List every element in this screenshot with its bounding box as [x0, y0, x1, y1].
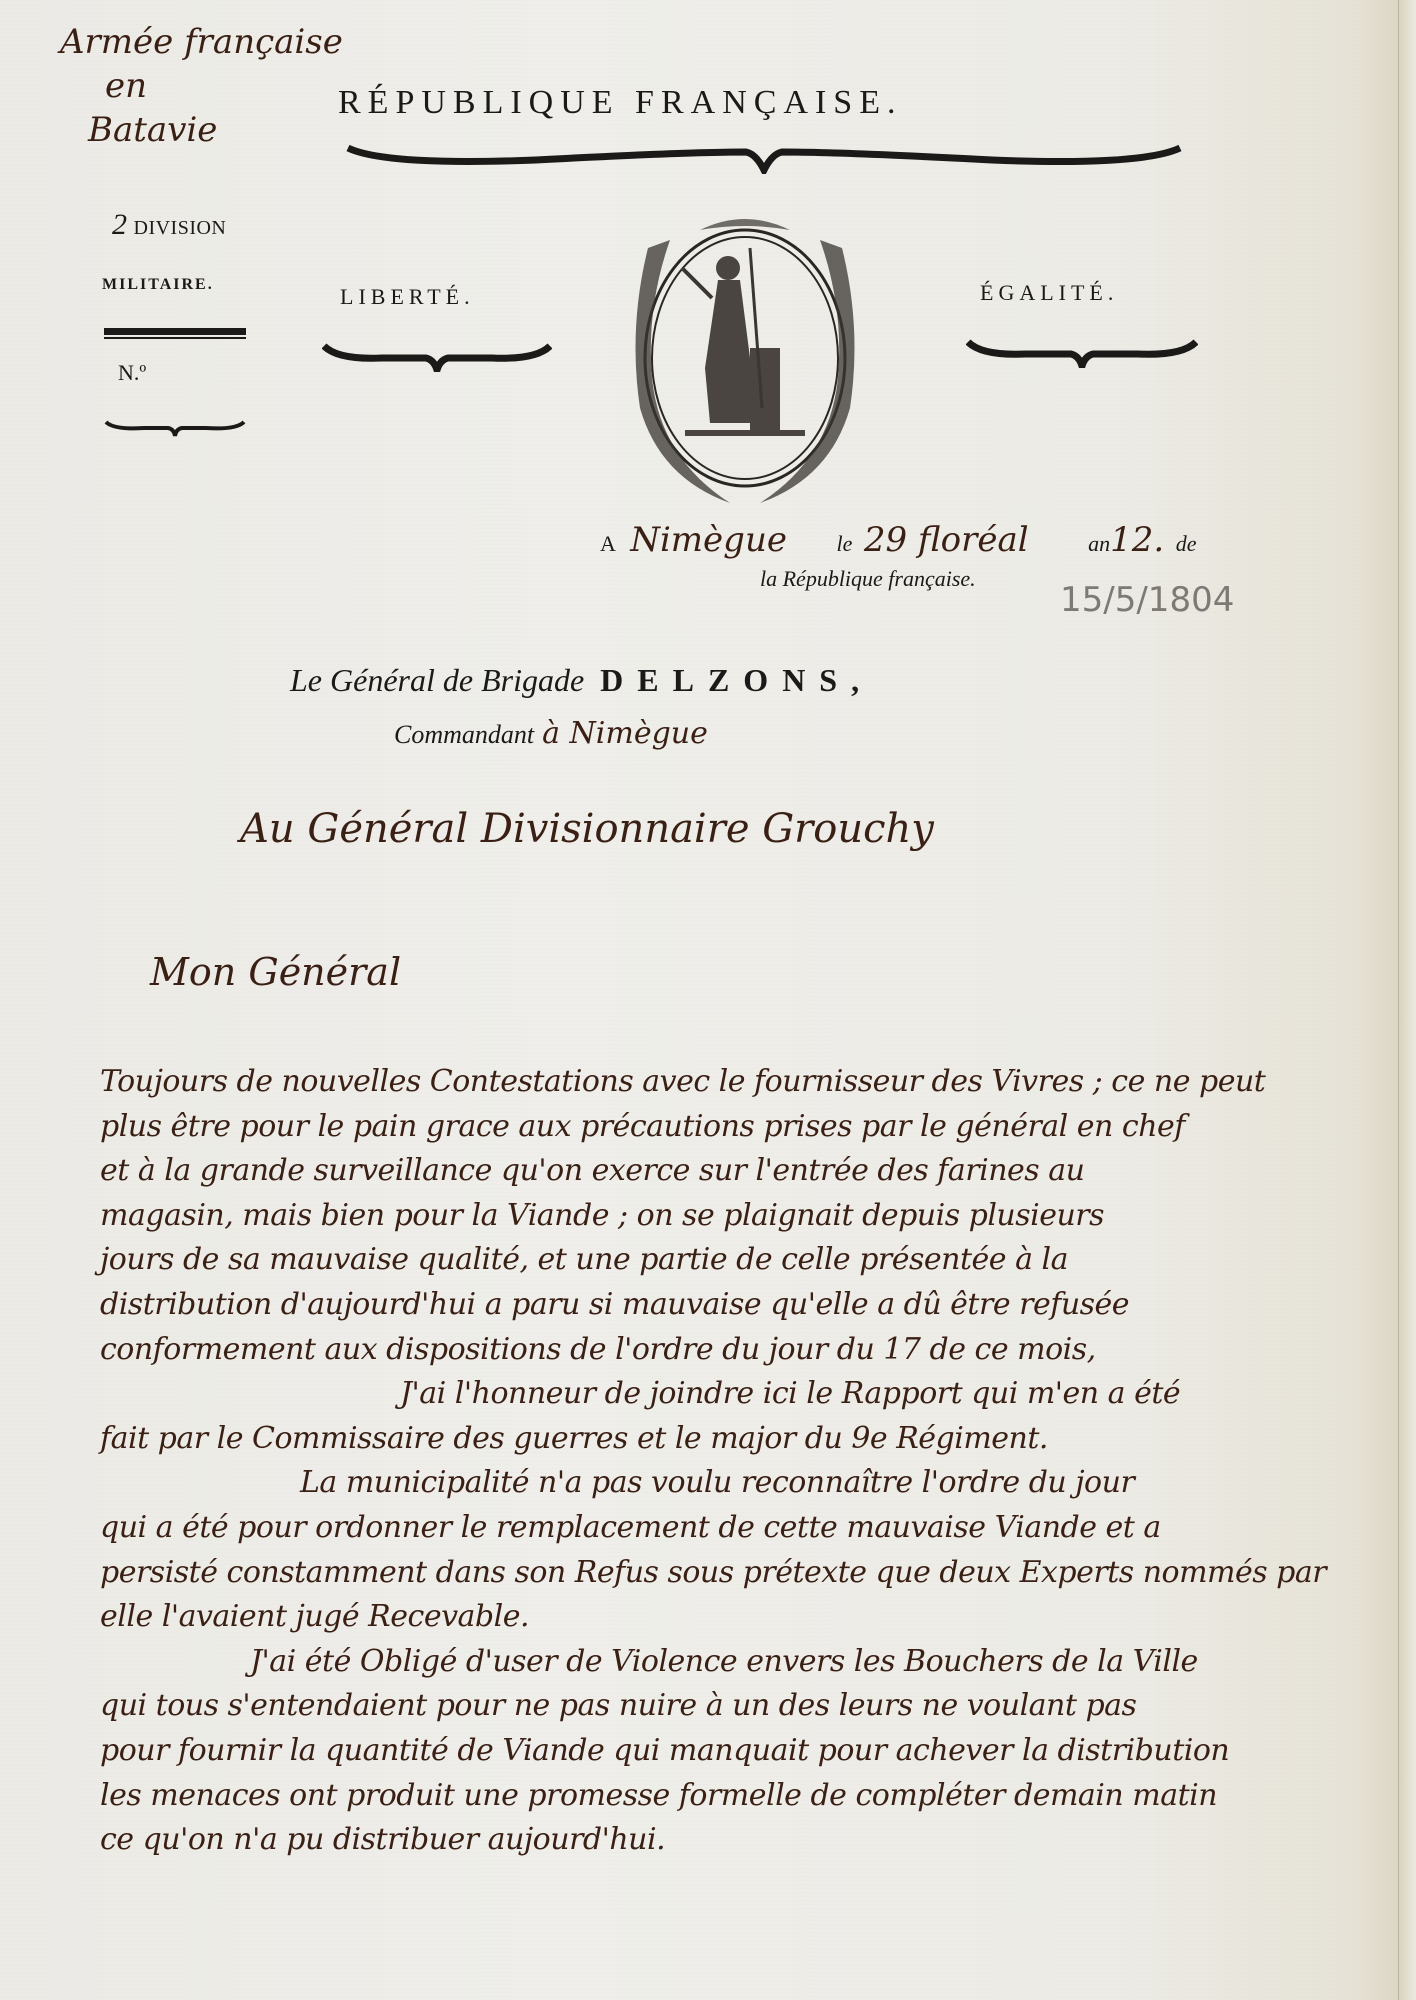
body-line: magasin, mais bien pour la Viande ; on s…: [100, 1194, 1390, 1239]
body-line: qui a été pour ordonner le remplacement …: [100, 1506, 1390, 1551]
body-line: conformement aux dispositions de l'ordre…: [100, 1328, 1390, 1373]
salutation: Mon Général: [150, 950, 401, 994]
dateline-place: Nimègue: [630, 520, 787, 560]
army-line-1: Armée française: [60, 20, 380, 64]
body-line: J'ai l'honneur de joindre ici le Rapport…: [100, 1372, 1390, 1417]
body-line: persisté constamment dans son Refus sous…: [100, 1551, 1390, 1596]
liberty-vignette-seal: [600, 208, 890, 508]
double-rule-divider: [104, 328, 246, 340]
command-place: à Nimègue: [542, 716, 708, 751]
body-line: et à la grande surveillance qu'on exerce…: [100, 1149, 1390, 1194]
body-line: fait par le Commissaire des guerres et l…: [100, 1417, 1390, 1462]
body-line: J'ai été Obligé d'user de Violence enver…: [100, 1640, 1390, 1685]
division-number: 2: [112, 208, 128, 241]
small-flourish-divider: [104, 416, 246, 440]
division-label-row: 2DIVISION: [112, 208, 226, 242]
army-line-3: Batavie: [60, 108, 380, 152]
body-line: pour fournir la quantité de Viande qui m…: [100, 1729, 1390, 1774]
sender-rank: Le Général de Brigade: [290, 662, 584, 698]
dateline: A Nimègue le 29 floréal an12. de: [600, 520, 1280, 560]
sender-name: DELZONS,: [600, 662, 873, 698]
body-line: ce qu'on n'a pu distribuer aujourd'hui.: [100, 1818, 1390, 1863]
body-line: les menaces ont produit une promesse for…: [100, 1774, 1390, 1819]
body-line: elle l'avaient jugé Recevable.: [100, 1595, 1390, 1640]
dateline-de: de: [1176, 531, 1197, 556]
division-label: DIVISION: [134, 217, 227, 239]
army-handwritten: Armée française en Batavie: [60, 20, 380, 152]
page-title: RÉPUBLIQUE FRANÇAISE.: [338, 84, 902, 122]
title-flourish-divider: [346, 140, 1182, 174]
sender-title: Le Général de BrigadeDELZONS,: [290, 662, 873, 699]
liberte-flourish: [322, 338, 552, 372]
dateline-republic: la République française.: [760, 566, 976, 592]
command-label: Commandant: [394, 720, 534, 749]
dateline-an: an: [1088, 531, 1110, 556]
body-line: distribution d'aujourd'hui a paru si mau…: [100, 1283, 1390, 1328]
dateline-le: le: [836, 531, 852, 556]
army-line-2: en: [60, 64, 380, 108]
motto-egalite: ÉGALITÉ.: [980, 280, 1118, 306]
number-label: N.º: [118, 360, 146, 386]
body-line: plus être pour le pain grace aux précaut…: [100, 1105, 1390, 1150]
dateline-day: 29 floréal: [864, 520, 1029, 560]
letter-body: Toujours de nouvelles Contestations avec…: [100, 1060, 1390, 1863]
motto-liberte: LIBERTÉ.: [340, 284, 475, 310]
dateline-prefix: A: [600, 531, 615, 556]
body-line: jours de sa mauvaise qualité, et une par…: [100, 1238, 1390, 1283]
military-label: MILITAIRE.: [102, 276, 214, 294]
egalite-flourish: [966, 334, 1198, 368]
body-line: qui tous s'entendaient pour ne pas nuire…: [100, 1684, 1390, 1729]
body-line: La municipalité n'a pas voulu reconnaîtr…: [100, 1461, 1390, 1506]
pencil-date-note: 15/5/1804: [1060, 580, 1234, 620]
dateline-year: 12.: [1110, 520, 1164, 560]
body-line: Toujours de nouvelles Contestations avec…: [100, 1060, 1390, 1105]
paper-edge: [1398, 0, 1416, 2000]
sender-command: Commandantà Nimègue: [394, 716, 708, 751]
addressee: Au Général Divisionnaire Grouchy: [240, 806, 934, 852]
